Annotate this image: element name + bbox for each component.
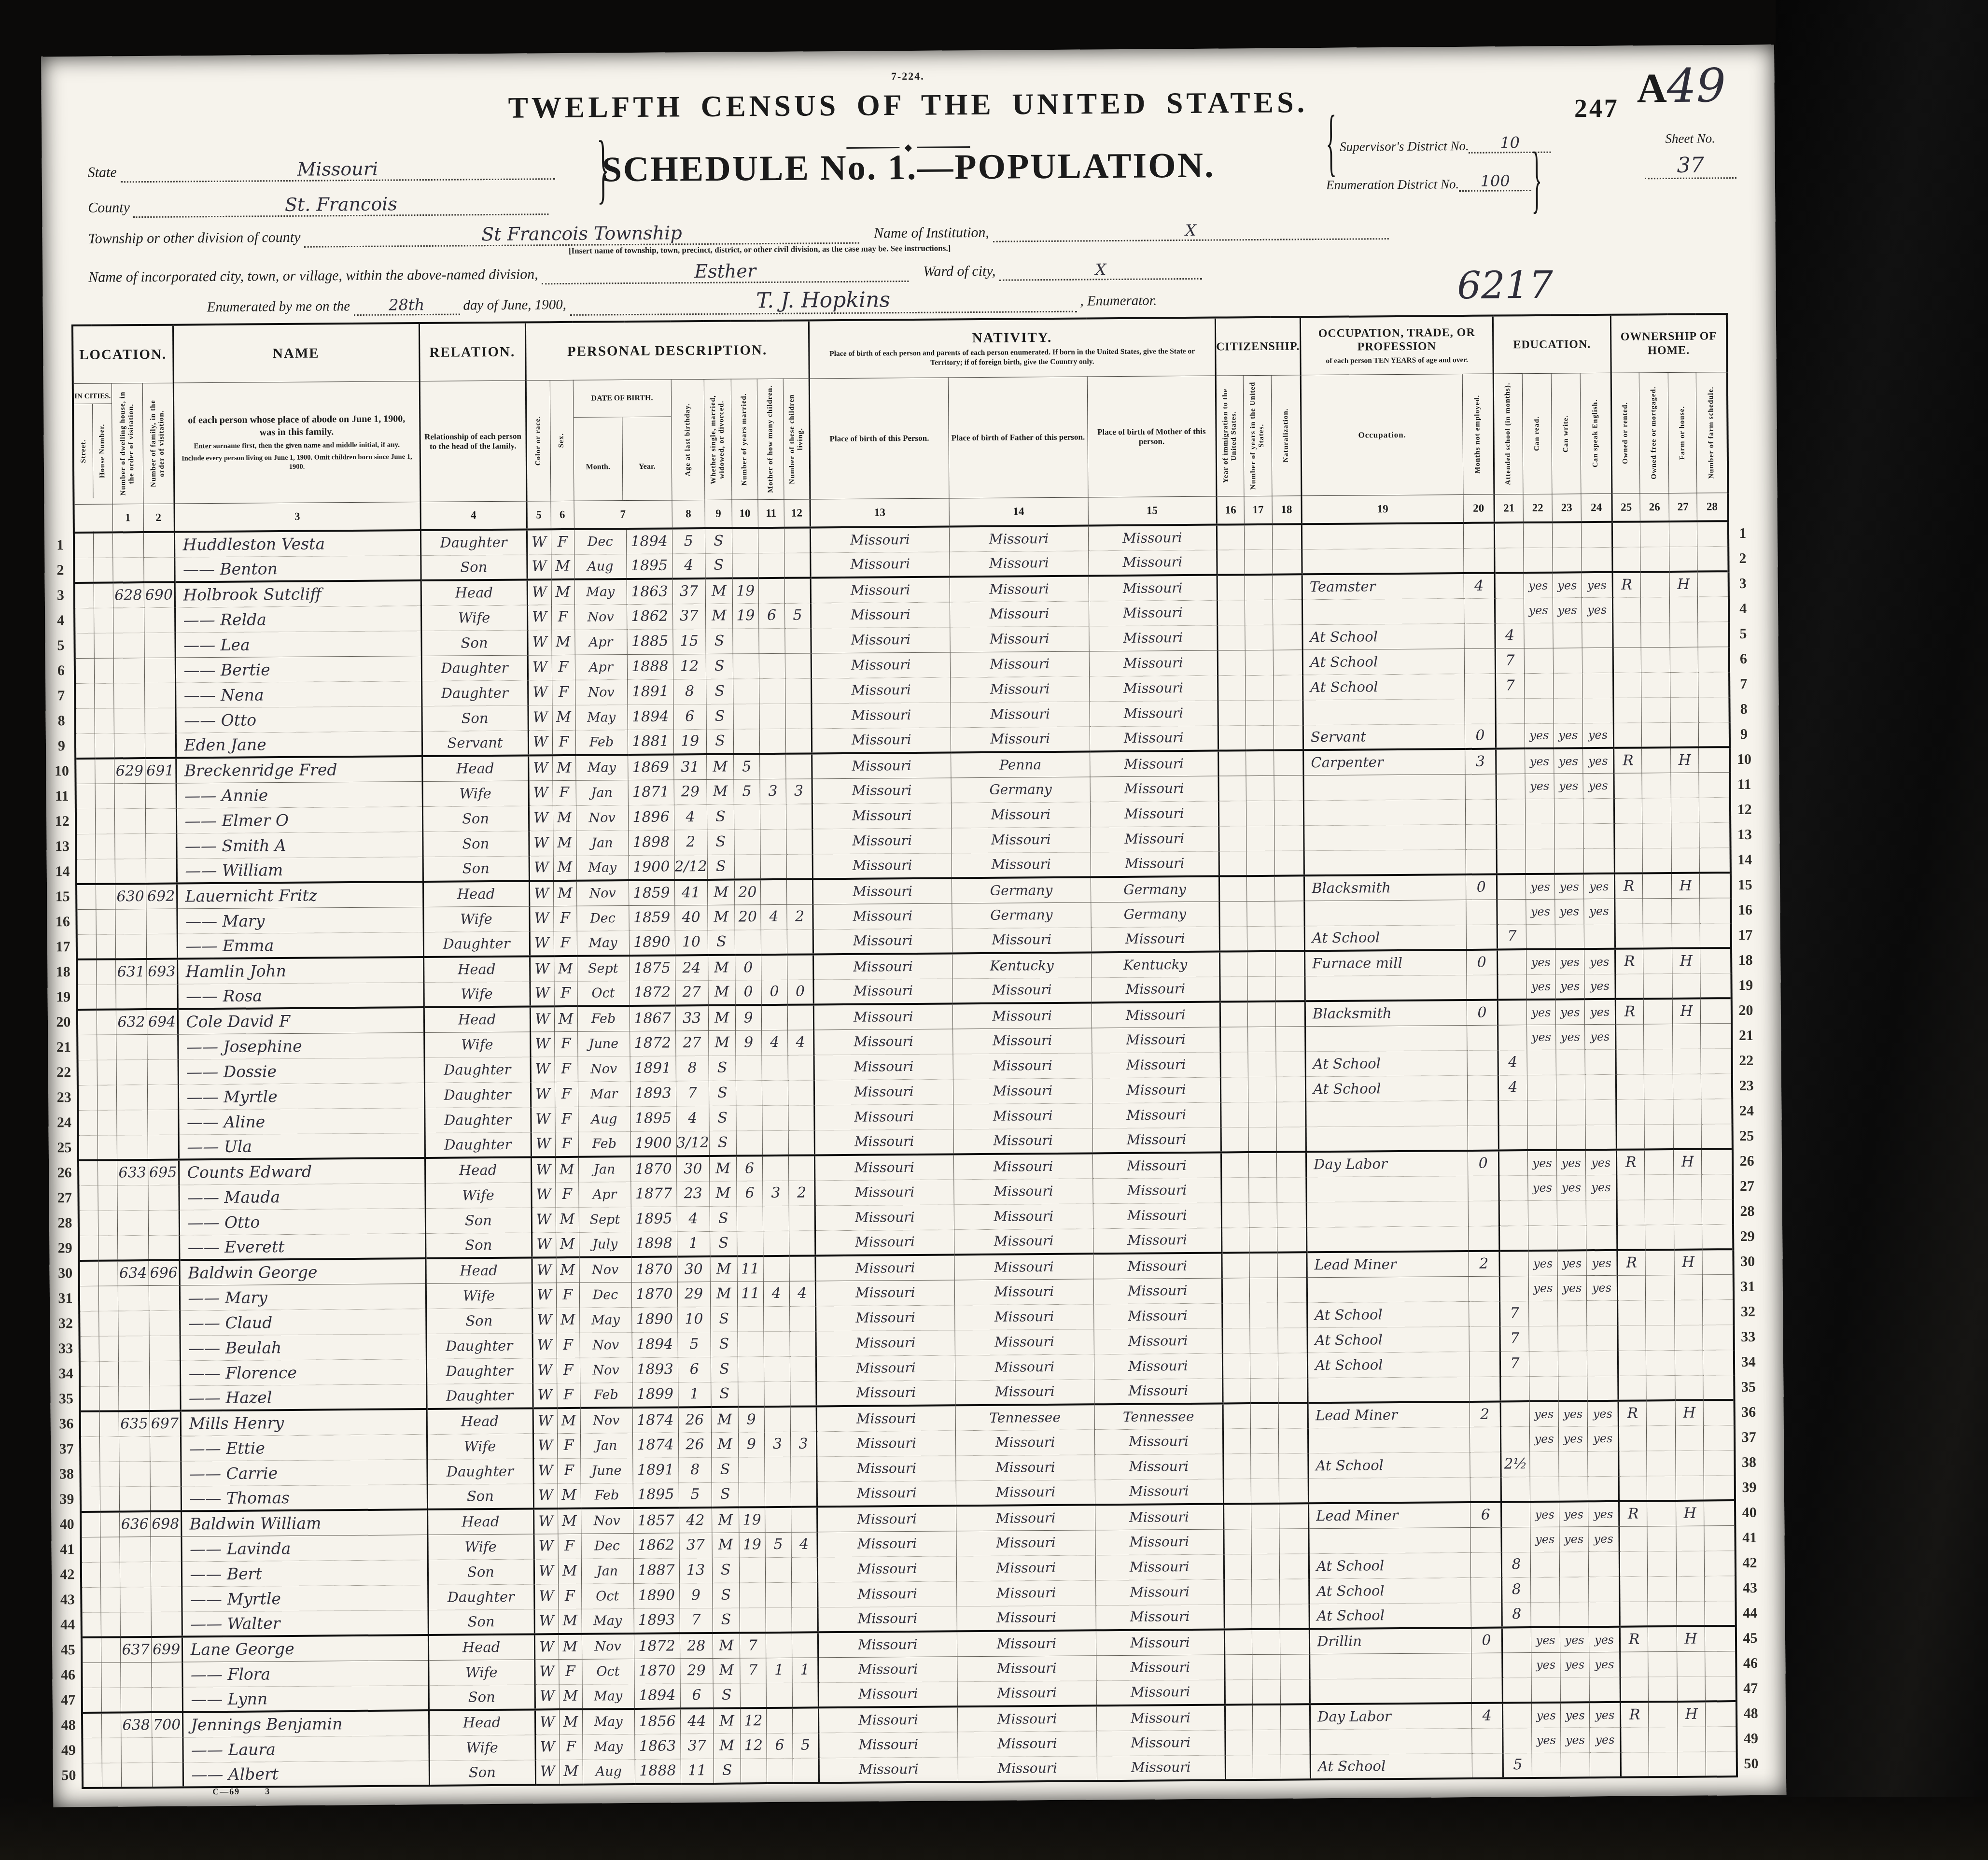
cell-mar: M (709, 1156, 736, 1181)
cell-mo: Oct (577, 981, 629, 1006)
cell-en (1589, 1577, 1620, 1602)
colnum-7: 7 (574, 500, 672, 529)
state-label: State (88, 164, 117, 180)
cell-occ (1305, 1025, 1467, 1051)
cell-dw (116, 1034, 147, 1059)
cell-occ: At School (1307, 1301, 1469, 1327)
cell-fh (1675, 1350, 1703, 1375)
cell-yr: 1869 (628, 754, 673, 780)
group-location: LOCATION. (72, 325, 173, 384)
cell-sex: F (553, 780, 576, 805)
cell-ym (736, 1105, 762, 1130)
cell-cl (792, 1582, 818, 1607)
cell-dw (114, 808, 145, 833)
cell-fs (1703, 1425, 1734, 1450)
cell-fam: 699 (151, 1637, 182, 1662)
cell-cl (790, 1331, 816, 1356)
cell-pb: Missouri (816, 1430, 955, 1456)
cell-ym: 9 (738, 1407, 764, 1432)
cell-pf: Missouri (949, 525, 1088, 551)
cell-mo: Feb (581, 1483, 633, 1508)
cell-en (1581, 522, 1612, 547)
cell-rd (1527, 1100, 1556, 1125)
cell-mar: M (710, 1282, 737, 1307)
cell-mar: M (707, 880, 734, 905)
cell-mc (764, 1356, 790, 1381)
cell-en: yes (1586, 1175, 1617, 1200)
colnum-10: 10 (732, 500, 758, 528)
cell-age: 24 (675, 955, 708, 980)
cell-cl (791, 1456, 817, 1481)
cell-pb: Missouri (810, 526, 949, 552)
cell-mo: Nov (579, 1257, 631, 1282)
cell-occ (1302, 598, 1464, 624)
cell-fm (1648, 1576, 1677, 1601)
cell-dw (119, 1461, 150, 1486)
cell-c18 (1277, 1327, 1307, 1353)
cell-wr (1554, 848, 1583, 874)
cell-occ: At School (1302, 648, 1464, 675)
cell-c17 (1252, 1629, 1280, 1654)
line-number-left: 2 (47, 558, 74, 583)
cell-pb: Missouri (811, 652, 950, 678)
cell-age: 28 (680, 1633, 713, 1658)
colnum-8: 8 (672, 500, 705, 528)
cell-sch: 7 (1497, 924, 1526, 949)
cell-dw (121, 1687, 152, 1712)
cell-c18 (1280, 1629, 1310, 1654)
group-nativity: NATIVITY. Place of birth of each person … (809, 318, 1216, 379)
cell-yr: 1887 (633, 1558, 679, 1583)
cell-pm: Missouri (1095, 1579, 1224, 1606)
cell-fm (1647, 1526, 1676, 1551)
line-number-left: 5 (48, 633, 74, 658)
cell-mc: 6 (767, 1733, 793, 1758)
cell-pb: Missouri (812, 752, 951, 778)
cell-ym: 19 (739, 1532, 765, 1557)
cell-own (1616, 1024, 1644, 1049)
cell-age: 37 (679, 1533, 712, 1558)
cell-age: 9 (679, 1583, 713, 1608)
cell-c16 (1225, 1730, 1253, 1755)
cell-fam (151, 1662, 182, 1687)
colnum-15: 15 (1088, 496, 1217, 525)
cell-fh: H (1671, 873, 1699, 898)
cell-fh (1676, 1476, 1704, 1501)
cell-pb: Missouri (818, 1681, 957, 1707)
cell-mne (1464, 623, 1495, 648)
col-street: Street. (79, 439, 88, 463)
cell-fh (1671, 798, 1699, 823)
line-number-right: 42 (1735, 1550, 1763, 1576)
cell-house (100, 1562, 120, 1587)
cell-pm: Missouri (1089, 600, 1217, 626)
cell-yr: 1893 (630, 1081, 676, 1106)
cell-age: 29 (677, 1282, 711, 1307)
cell-street (80, 1336, 99, 1361)
cell-mar: M (710, 1181, 737, 1206)
cell-occ: Drillin (1309, 1628, 1471, 1654)
col-months-not-employed: Months not employed. (1462, 374, 1494, 494)
cell-mo: Nov (580, 1357, 632, 1383)
cell-mar: S (712, 1558, 739, 1583)
cell-own: R (1614, 873, 1642, 898)
cell-race: W (528, 730, 552, 755)
cell-sex: F (554, 981, 577, 1006)
cell-cl: 1 (792, 1657, 818, 1682)
occupation-note: of each person TEN YEARS of age and over… (1301, 353, 1492, 366)
cell-sch (1497, 874, 1526, 899)
cell-street (77, 934, 96, 959)
cell-c17 (1253, 1730, 1281, 1755)
cell-c17 (1251, 1504, 1279, 1529)
col-house-number: House Number. (98, 424, 107, 479)
cell-pb: Missouri (812, 777, 951, 803)
cell-fm (1643, 973, 1672, 999)
cell-yr: 1900 (629, 855, 674, 880)
cell-fm (1647, 1451, 1676, 1476)
cell-rel: Daughter (423, 931, 530, 958)
cell-dw (113, 708, 144, 733)
cell-mo: Apr (578, 1182, 630, 1207)
col-name-desc: of each person whose place of abode on J… (173, 381, 420, 504)
cell-ym: 20 (734, 879, 760, 904)
cell-fh: H (1672, 999, 1700, 1024)
cell-dw (114, 833, 145, 859)
cell-age: 30 (677, 1256, 710, 1282)
cell-name: —— Florence (180, 1359, 426, 1386)
cell-house (95, 733, 114, 759)
cell-dw (121, 1762, 152, 1788)
line-number-right: 7 (1729, 672, 1757, 697)
cell-ym: 19 (732, 603, 758, 628)
cell-occ: At School (1305, 1075, 1467, 1101)
cell-yr: 1894 (634, 1683, 680, 1709)
cell-own (1616, 1099, 1644, 1124)
cell-sex: F (557, 1458, 580, 1483)
cell-pm: Missouri (1092, 1077, 1220, 1103)
cell-yr: 1875 (629, 955, 675, 981)
cell-fm (1641, 697, 1670, 722)
cell-wr: yes (1559, 1501, 1588, 1526)
cell-mar: S (707, 804, 734, 830)
cell-fam: 698 (150, 1511, 181, 1536)
cell-c17 (1251, 1479, 1279, 1504)
cell-rd (1525, 673, 1554, 698)
cell-name: —— Walter (182, 1610, 428, 1637)
cell-mne: 3 (1465, 749, 1496, 774)
cell-yr: 1894 (632, 1332, 678, 1357)
cell-mo: Nov (582, 1634, 634, 1659)
cell-mo: July (579, 1232, 631, 1257)
cell-yr: 1885 (627, 629, 672, 654)
cell-name: —— Carrie (181, 1459, 427, 1486)
cell-sch (1498, 1125, 1527, 1150)
cell-house (94, 583, 113, 608)
cell-dw (120, 1612, 151, 1637)
enumeration-district-line: Enumeration District No. 100 } (1326, 165, 1664, 193)
cell-ym: 9 (735, 1005, 761, 1030)
cell-pm: Missouri (1092, 1127, 1221, 1154)
cell-fs (1706, 1751, 1736, 1776)
line-number-right: 43 (1736, 1576, 1764, 1601)
cell-fm (1641, 622, 1670, 647)
cell-c17 (1253, 1705, 1281, 1730)
cell-sex: M (553, 831, 576, 856)
cell-cl (790, 1306, 816, 1331)
cell-ym: 0 (735, 980, 761, 1005)
cell-age: 26 (678, 1432, 712, 1457)
cell-pf: Missouri (954, 1178, 1093, 1204)
cell-fam (149, 1361, 180, 1386)
cell-pm: Missouri (1093, 1178, 1221, 1204)
line-number-right: 22 (1732, 1048, 1760, 1073)
cell-fh: H (1674, 1250, 1702, 1275)
cell-dw (118, 1386, 149, 1411)
cell-rd (1529, 1326, 1558, 1351)
cell-wr: yes (1555, 974, 1584, 999)
cell-en (1582, 648, 1613, 673)
cell-street (78, 1110, 97, 1135)
cell-c16 (1218, 725, 1246, 750)
enumerated-line: Enumerated by me on the 28th day of June… (207, 285, 1157, 318)
cell-en: yes (1582, 572, 1612, 597)
cell-ym (739, 1557, 765, 1582)
cell-mne (1465, 799, 1496, 824)
cell-fam (147, 1034, 178, 1059)
cell-house (98, 1160, 117, 1185)
cell-rd (1531, 1577, 1560, 1602)
cell-wr (1558, 1376, 1587, 1401)
cell-mar: M (708, 905, 735, 930)
cell-race: W (535, 1760, 560, 1785)
cell-house (98, 1210, 117, 1235)
cell-en: yes (1589, 1702, 1620, 1727)
cell-cl: 3 (790, 1431, 816, 1456)
cell-ym: 0 (735, 955, 761, 980)
cell-cl (785, 703, 812, 728)
cell-rd (1527, 1075, 1556, 1100)
cell-age: 4 (677, 1206, 710, 1231)
cell-name: —— Bertie (175, 656, 421, 683)
cell-cl (789, 1255, 815, 1281)
cell-wr: yes (1559, 1526, 1588, 1551)
cell-mar: M (713, 1658, 740, 1683)
cell-mne (1466, 824, 1497, 849)
cell-fm (1646, 1300, 1675, 1325)
cell-dw (118, 1285, 149, 1310)
cell-yr: 1890 (633, 1583, 679, 1608)
cell-c17 (1247, 876, 1275, 901)
cell-rd: yes (1526, 1000, 1555, 1025)
cell-mne (1466, 925, 1497, 950)
line-number-right: 29 (1733, 1224, 1761, 1249)
colnum-4: 4 (420, 501, 526, 530)
cell-mne: 4 (1464, 573, 1495, 598)
cell-occ: At School (1309, 1552, 1470, 1578)
enumeration-district-label: Enumeration District No. (1326, 177, 1459, 193)
county-line: County St. Francois (88, 192, 548, 218)
cell-fam: 700 (152, 1712, 182, 1737)
line-number-left: 42 (55, 1562, 81, 1587)
cell-own (1618, 1375, 1646, 1400)
cell-dw: 628 (113, 582, 144, 607)
cell-fam: 690 (144, 582, 175, 607)
cell-mar: S (709, 1106, 736, 1131)
cell-wr: yes (1560, 1652, 1589, 1677)
cell-wr (1561, 1752, 1590, 1777)
cell-own: R (1614, 747, 1642, 773)
cell-own (1618, 1325, 1646, 1350)
cell-cl (788, 1080, 814, 1105)
cell-c18 (1275, 1051, 1305, 1076)
cell-mo: Oct (581, 1583, 633, 1609)
cell-age: 26 (678, 1407, 712, 1432)
cell-fs (1697, 596, 1728, 621)
cell-pm: Missouri (1095, 1504, 1223, 1530)
cell-fs (1697, 546, 1728, 571)
cell-c16 (1224, 1579, 1252, 1604)
cell-pb: Missouri (811, 602, 950, 628)
cell-rd (1530, 1552, 1559, 1577)
cell-cl (786, 753, 812, 778)
cell-c18 (1273, 624, 1302, 649)
cell-sch: 7 (1496, 673, 1525, 698)
cell-mo: May (579, 1307, 631, 1333)
line-number-left: 9 (49, 733, 75, 759)
cell-own (1615, 898, 1643, 923)
cell-own (1618, 1350, 1646, 1375)
line-number-left: 16 (50, 909, 76, 934)
cell-pb: Missouri (813, 903, 952, 929)
cell-ym (740, 1607, 766, 1633)
cell-fam (144, 607, 175, 633)
cell-rd (1526, 824, 1554, 849)
cell-age: 4 (674, 804, 707, 830)
cell-pf: Missouri (954, 1228, 1093, 1254)
cell-mne (1470, 1477, 1501, 1502)
cell-c17 (1245, 650, 1273, 675)
cell-rd (1527, 1050, 1556, 1075)
cell-street (81, 1512, 100, 1537)
cell-fh (1670, 697, 1698, 722)
cell-name: Lauernicht Fritz (177, 882, 423, 909)
cell-c16 (1221, 1202, 1249, 1227)
township-value: St Francois Township (304, 221, 859, 248)
cell-mar: S (706, 629, 733, 654)
cell-rel: Head (424, 1007, 530, 1033)
line-number-right: 33 (1734, 1325, 1762, 1350)
cell-house (98, 1310, 118, 1336)
col-family-number: Number of family, in the order of visita… (142, 383, 174, 504)
col-immigration-year: Year of immigration to the United States… (1216, 376, 1244, 496)
cell-street (78, 1185, 98, 1211)
cell-rel: Son (422, 831, 529, 857)
cell-c16 (1222, 1278, 1250, 1303)
line-number-right: 5 (1729, 621, 1757, 647)
cell-pm: Missouri (1089, 650, 1218, 676)
cell-pb: Missouri (812, 828, 952, 854)
cell-rel: Son (423, 856, 529, 882)
cell-pf: Missouri (951, 726, 1090, 752)
cell-rel: Wife (427, 1433, 533, 1459)
cell-fm (1649, 1752, 1678, 1777)
cell-fam (147, 1059, 178, 1085)
printed-page-number: 247 (1574, 93, 1619, 124)
cell-street (80, 1361, 99, 1386)
cell-mc: 3 (764, 1432, 790, 1457)
cell-rd: yes (1526, 974, 1555, 1000)
cell-house (100, 1536, 119, 1562)
line-number-left: 45 (55, 1637, 82, 1663)
cell-street (81, 1562, 100, 1587)
cell-pm: Missouri (1092, 1052, 1220, 1078)
cell-mar: S (707, 830, 734, 855)
line-number-left: 15 (50, 884, 76, 909)
cell-name: —— Hazel (180, 1384, 426, 1411)
cell-own (1617, 1225, 1645, 1250)
cell-c17 (1252, 1654, 1280, 1679)
cell-sex: M (553, 856, 576, 881)
cell-pm: Missouri (1091, 851, 1219, 877)
cell-mne (1470, 1451, 1501, 1477)
cell-house (99, 1411, 119, 1436)
cell-fs (1698, 697, 1729, 722)
cell-mne (1467, 975, 1498, 1000)
cell-fh (1676, 1451, 1704, 1476)
cell-sch (1500, 1426, 1529, 1451)
cell-c16 (1219, 926, 1247, 951)
cell-fs (1705, 1576, 1736, 1601)
cell-fs (1704, 1450, 1735, 1475)
line-number-left: 7 (48, 683, 75, 708)
cell-c17 (1248, 1127, 1276, 1152)
cell-fh (1670, 672, 1698, 697)
cell-occ (1308, 1377, 1470, 1403)
cell-mc (762, 1080, 788, 1105)
cell-fm (1644, 1124, 1673, 1149)
cell-ym (739, 1457, 765, 1482)
line-number-left: 4 (48, 608, 74, 633)
colnum-17: 17 (1244, 496, 1272, 524)
cell-own (1613, 672, 1641, 697)
cell-fam: 694 (147, 1009, 178, 1034)
cell-mne: 2 (1469, 1251, 1499, 1276)
cell-mar: M (712, 1533, 739, 1558)
cell-c16 (1217, 550, 1245, 575)
cell-rd (1525, 799, 1554, 824)
cell-name: Hamlin John (177, 957, 423, 984)
cell-rel: Daughter (425, 1132, 531, 1158)
cell-pb: Missouri (815, 1229, 954, 1255)
cell-cl: 4 (789, 1281, 815, 1306)
cell-cl (791, 1507, 817, 1532)
cell-en (1582, 698, 1613, 723)
cell-age: 40 (674, 905, 708, 930)
cell-occ: At School (1302, 623, 1464, 649)
line-number-left: 28 (52, 1211, 79, 1236)
cell-rel: Son (421, 630, 527, 656)
cell-wr (1558, 1351, 1587, 1376)
cell-pb: Missouri (814, 1029, 953, 1055)
cell-fh (1671, 848, 1699, 873)
line-number-left: 21 (51, 1035, 77, 1060)
cell-yr: 1893 (634, 1608, 680, 1634)
cell-mar: S (710, 1231, 737, 1256)
cell-race: W (529, 881, 553, 906)
cell-c18 (1279, 1478, 1309, 1503)
cell-pf: Missouri (955, 1379, 1094, 1405)
